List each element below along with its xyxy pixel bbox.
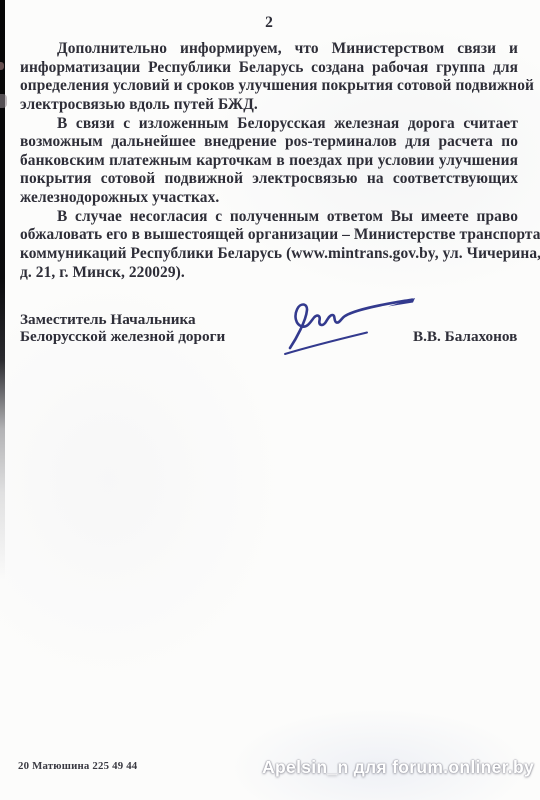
page-number: 2	[20, 14, 518, 32]
scan-edge-artifact	[0, 0, 5, 580]
body-line: покрытия сотовой подвижной электросвязью…	[20, 170, 518, 189]
body-line: В случае несогласия с полученным ответом…	[20, 208, 518, 227]
scan-smudge	[0, 94, 7, 108]
signer-title-line: Белорусской железной дороги	[20, 329, 225, 346]
scan-smudge	[0, 62, 4, 70]
body-line: электросвязью вдоль путей БЖД.	[20, 96, 518, 115]
footer-reference-note: 20 Матюшина 225 49 44	[18, 760, 137, 772]
signer-title-line: Заместитель Начальника	[20, 312, 225, 329]
body-line: Дополнительно информируем, что Министерс…	[20, 40, 518, 59]
forum-watermark: Apelsin_n для forum.onliner.by	[262, 757, 534, 778]
body-line: определения условий и сроков улучшения п…	[20, 77, 518, 96]
handwritten-signature	[280, 296, 420, 360]
scanned-letter-page: 2 Дополнительно информируем, что Министе…	[0, 0, 540, 800]
body-line: коммуникаций Республики Беларусь (www.mi…	[20, 245, 518, 264]
body-line: д. 21, г. Минск, 220029).	[20, 264, 518, 283]
body-line: банковским платежным карточкам в поездах…	[20, 152, 518, 171]
signer-title: Заместитель Начальника Белорусской желез…	[20, 312, 225, 346]
paragraph-1: Дополнительно информируем, что Министерс…	[20, 40, 518, 115]
signer-name: В.В. Балахонов	[413, 328, 517, 346]
paragraph-2: В связи с изложенным Белорусская железна…	[20, 115, 518, 208]
letter-body: Дополнительно информируем, что Министерс…	[20, 40, 518, 282]
body-line: информатизации Республики Беларусь созда…	[20, 59, 518, 78]
body-line: обжаловать его в вышестоящей организации…	[20, 226, 518, 245]
body-line: В связи с изложенным Белорусская железна…	[20, 115, 518, 134]
body-line: возможным дальнейшее внедрение pos-терми…	[20, 133, 518, 152]
body-line: железнодорожных участках.	[20, 189, 518, 208]
paragraph-3: В случае несогласия с полученным ответом…	[20, 208, 518, 283]
